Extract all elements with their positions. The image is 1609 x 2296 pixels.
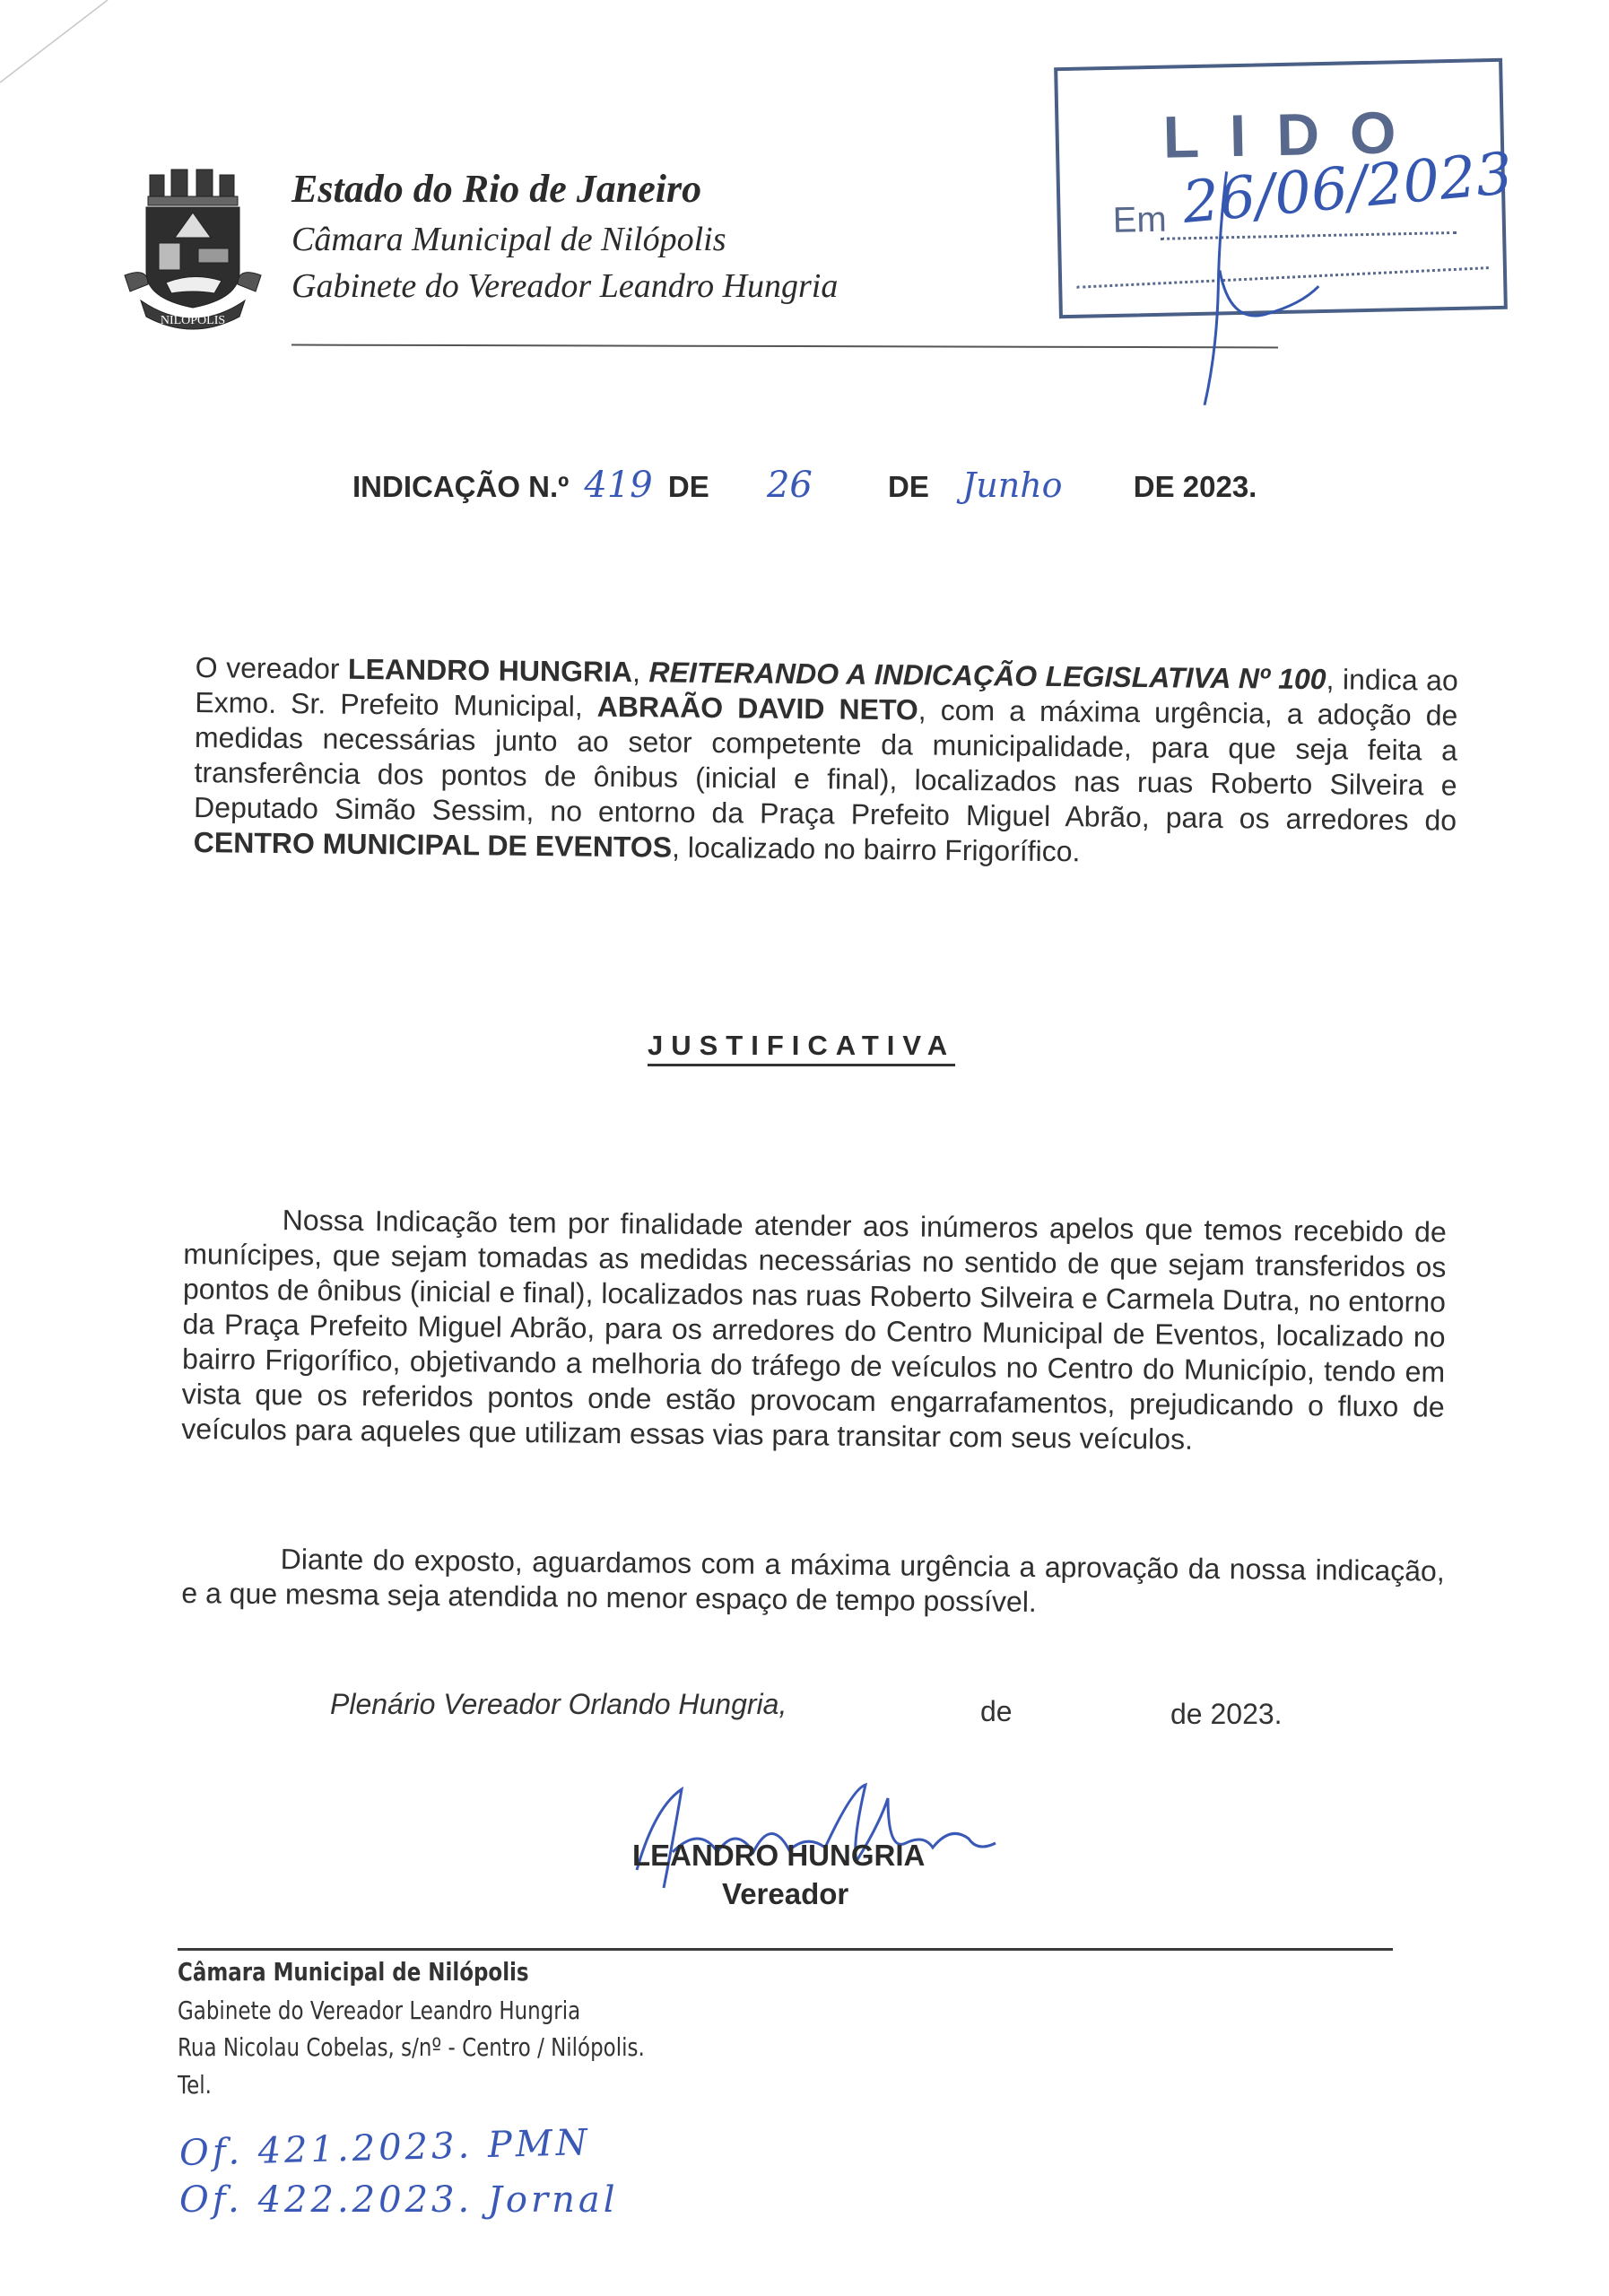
signer-name: LEANDRO HUNGRIA <box>632 1839 925 1873</box>
indication-paragraph: O vereador LEANDRO HUNGRIA, REITERANDO A… <box>194 650 1458 874</box>
title-day: 26 <box>767 465 813 506</box>
footer-address: Rua Nicolau Cobelas, s/nº - Centro / Nil… <box>178 2032 645 2062</box>
indication-title: INDICAÇÃO N.º 419 DE 26 DE Junho DE 2023… <box>352 465 1257 506</box>
closing-year: de 2023. <box>1170 1698 1283 1731</box>
text-run: CENTRO MUNICIPAL DE EVENTOS <box>194 826 673 864</box>
footer-chamber: Câmara Municipal de Nilópolis <box>178 1957 529 1987</box>
handwritten-note: Of. 421.2023. PMN <box>178 2122 591 2174</box>
header-state: Estado do Rio de Janeiro <box>291 166 701 212</box>
closing-de: de <box>980 1695 1013 1728</box>
svg-text:NILOPOLIS: NILOPOLIS <box>161 314 225 327</box>
footer-office: Gabinete do Vereador Leandro Hungria <box>178 1996 580 2025</box>
justification-paragraph: Nossa Indicação tem por finalidade atend… <box>181 1202 1447 1460</box>
title-de: DE <box>888 470 929 504</box>
justification-heading: JUSTIFICATIVA <box>648 1030 955 1066</box>
stamp-em-label: Em <box>1112 200 1167 241</box>
closing-place: Plenário Vereador Orlando Hungria, <box>330 1688 787 1721</box>
title-month: Junho <box>962 465 1063 505</box>
signer-role: Vereador <box>722 1877 848 1911</box>
header-rule <box>291 344 1278 349</box>
header-office: Gabinete do Vereador Leandro Hungria <box>291 266 838 306</box>
text-run: , localizado no bairro Frigorífico. <box>672 831 1081 868</box>
conclusion-paragraph: Diante do exposto, aguardamos com a máxi… <box>181 1541 1445 1624</box>
text-run: ABRAÃO DAVID NETO <box>597 691 918 726</box>
text-run: O vereador <box>196 651 349 685</box>
footer-phone: Tel. <box>178 2070 212 2100</box>
title-number: 419 <box>584 465 652 506</box>
handwritten-note: Of. 422.2023. Jornal <box>179 2179 619 2221</box>
title-prefix: INDICAÇÃO N.º <box>352 470 569 504</box>
title-de: DE <box>668 470 709 504</box>
text-run: LEANDRO HUNGRIA <box>348 653 632 688</box>
scan-corner-line <box>0 0 117 85</box>
header-chamber: Câmara Municipal de Nilópolis <box>291 220 726 259</box>
footer-rule <box>178 1948 1393 1951</box>
lido-stamp: LIDO Em 26/06/2023 <box>1054 58 1508 318</box>
text-run: , <box>632 656 649 688</box>
stamp-initials-signature-icon <box>1163 132 1402 405</box>
municipal-crest-icon: NILOPOLIS <box>121 166 265 336</box>
text-run: REITERANDO A INDICAÇÃO LEGISLATIVA Nº 10… <box>648 656 1326 695</box>
title-year: DE 2023. <box>1134 470 1257 504</box>
